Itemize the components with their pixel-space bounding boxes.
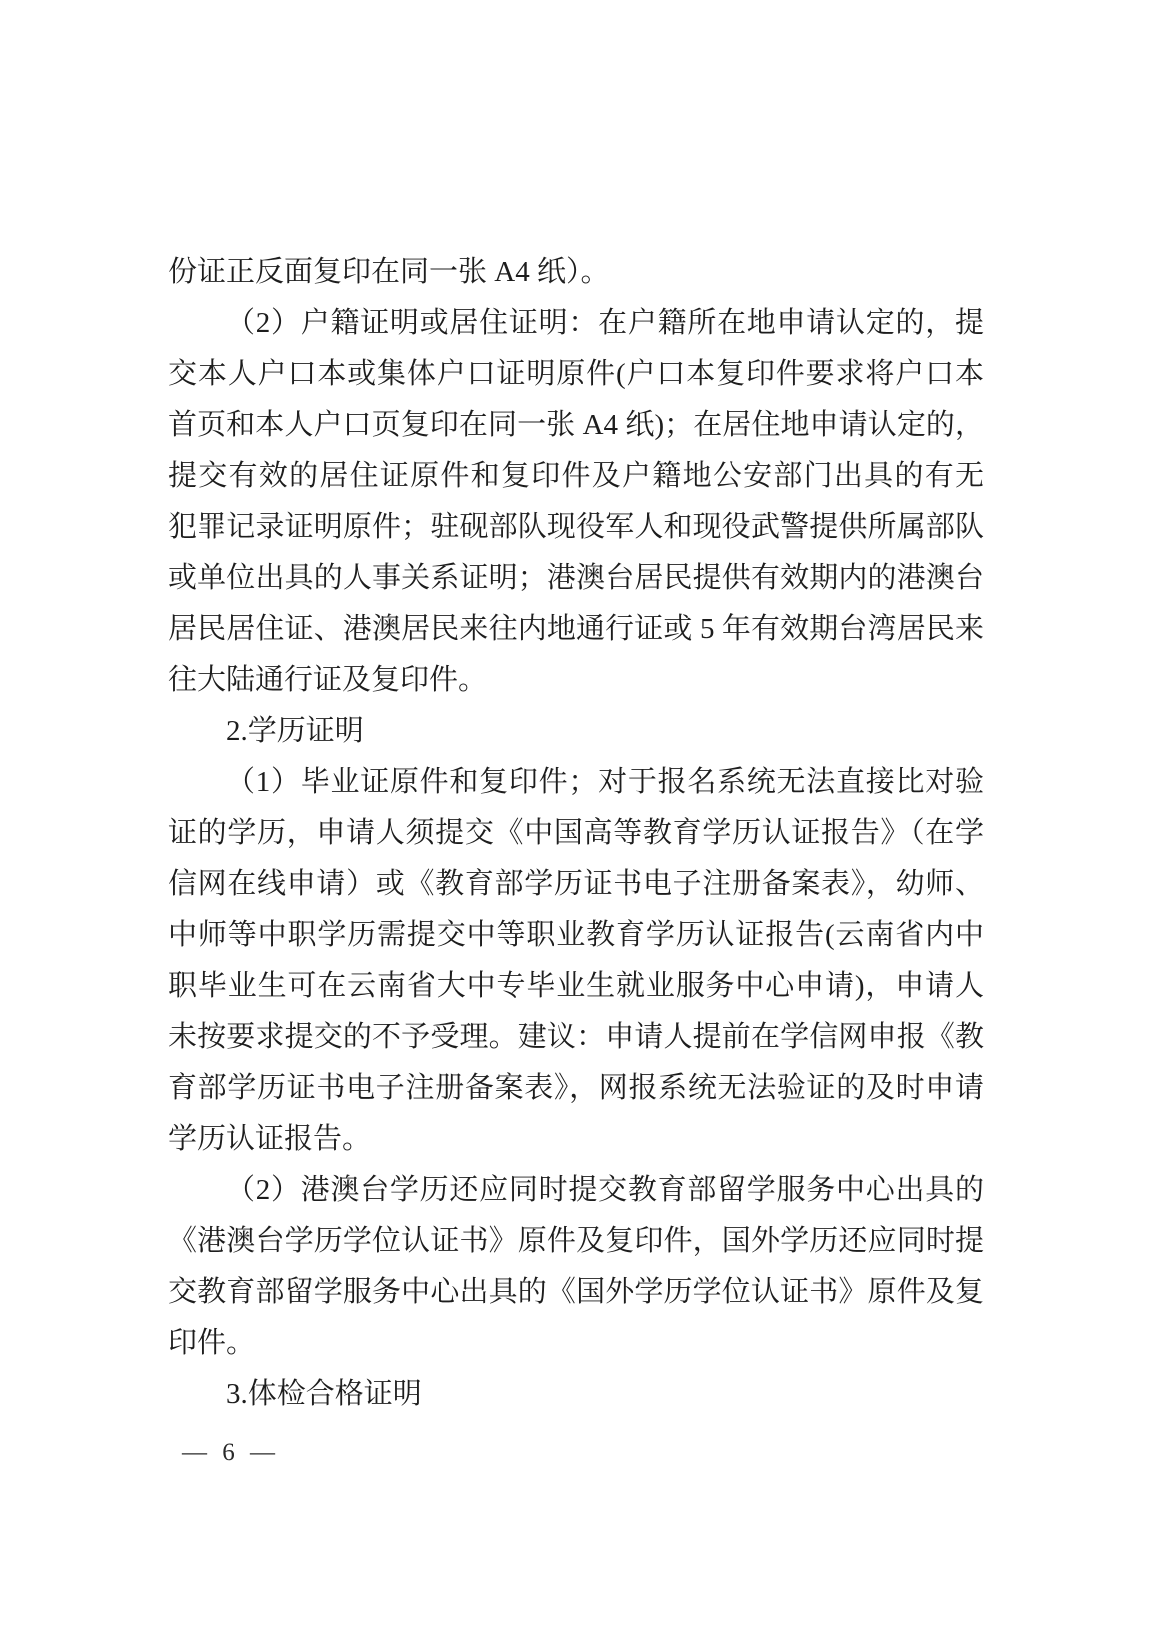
text-line: 首页和本人户口页复印在同一张 A4 纸)；在居住地申请认定的， xyxy=(168,400,984,451)
text-line: 或单位出具的人事关系证明；港澳台居民提供有效期内的港澳台 xyxy=(168,553,984,604)
text-line: （1）毕业证原件和复印件；对于报名系统无法直接比对验 xyxy=(168,757,984,808)
text-line: 职毕业生可在云南省大中专毕业生就业服务中心申请)，申请人 xyxy=(168,961,984,1012)
text-line: （2）户籍证明或居住证明：在户籍所在地申请认定的，提 xyxy=(168,298,984,349)
page-number: — 6 — xyxy=(182,1438,276,1468)
text-line: 印件。 xyxy=(168,1318,984,1369)
document-body: 份证正反面复印在同一张 A4 纸）。 （2）户籍证明或居住证明：在户籍所在地申请… xyxy=(168,247,984,1420)
section-heading: 2.学历证明 xyxy=(168,706,984,757)
text-line: 交教育部留学服务中心出具的《国外学历学位认证书》原件及复 xyxy=(168,1267,984,1318)
text-line: 犯罪记录证明原件；驻砚部队现役军人和现役武警提供所属部队 xyxy=(168,502,984,553)
text-line: 《港澳台学历学位认证书》原件及复印件，国外学历还应同时提 xyxy=(168,1216,984,1267)
text-line: 育部学历证书电子注册备案表》，网报系统无法验证的及时申请 xyxy=(168,1063,984,1114)
text-line: 信网在线申请）或《教育部学历证书电子注册备案表》，幼师、 xyxy=(168,859,984,910)
section-heading: 3.体检合格证明 xyxy=(168,1369,984,1420)
text-line: 提交有效的居住证原件和复印件及户籍地公安部门出具的有无 xyxy=(168,451,984,502)
text-line: 居民居住证、港澳居民来往内地通行证或 5 年有效期台湾居民来 xyxy=(168,604,984,655)
text-line: 未按要求提交的不予受理。建议：申请人提前在学信网申报《教 xyxy=(168,1012,984,1063)
text-line: 份证正反面复印在同一张 A4 纸）。 xyxy=(168,247,984,298)
text-line: 学历认证报告。 xyxy=(168,1114,984,1165)
text-line: 证的学历，申请人须提交《中国高等教育学历认证报告》（在学 xyxy=(168,808,984,859)
text-line: （2）港澳台学历还应同时提交教育部留学服务中心出具的 xyxy=(168,1165,984,1216)
text-line: 中师等中职学历需提交中等职业教育学历认证报告(云南省内中 xyxy=(168,910,984,961)
text-line: 交本人户口本或集体户口证明原件(户口本复印件要求将户口本 xyxy=(168,349,984,400)
text-line: 往大陆通行证及复印件。 xyxy=(168,655,984,706)
document-page: 份证正反面复印在同一张 A4 纸）。 （2）户籍证明或居住证明：在户籍所在地申请… xyxy=(0,0,1160,1640)
